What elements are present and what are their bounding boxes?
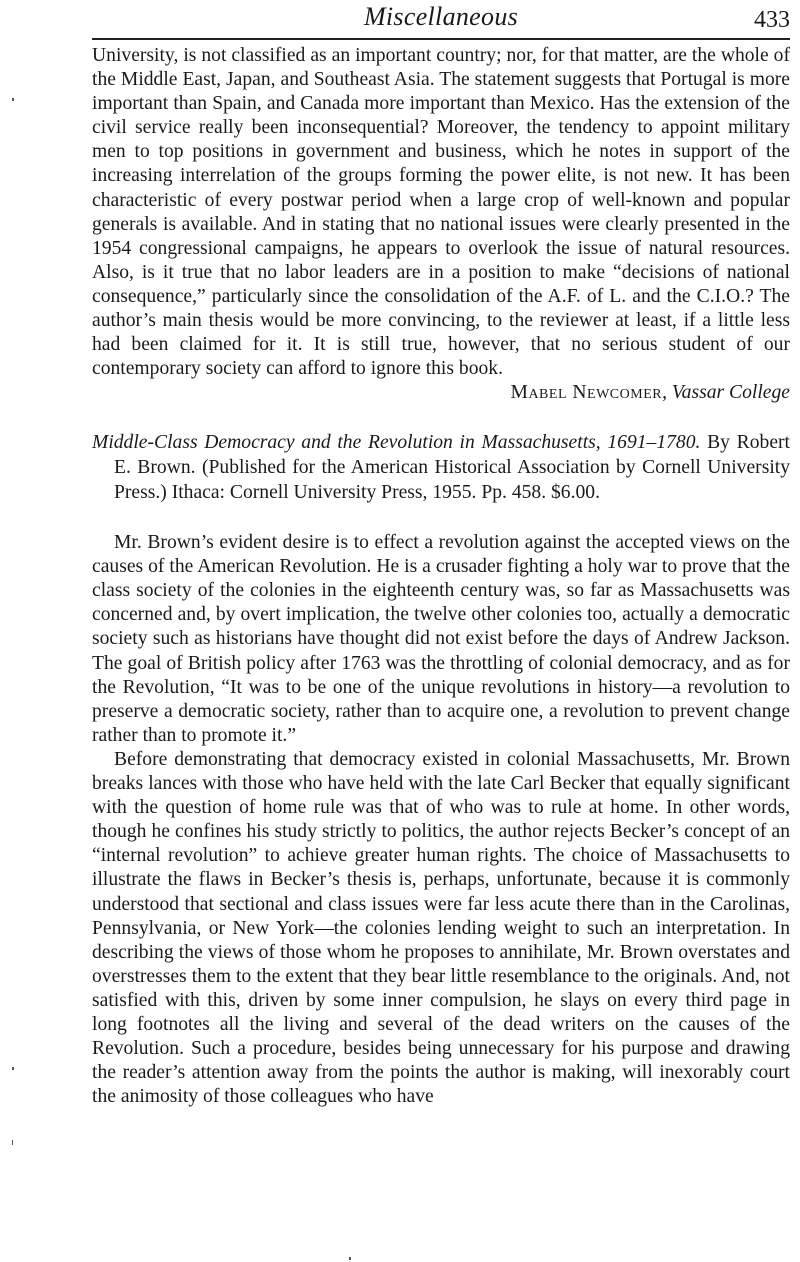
scan-speck [349, 1257, 351, 1260]
continued-review: University, is not classified as an impo… [92, 44, 790, 405]
reviewer-institution: Vassar College [672, 382, 790, 403]
reviewer-signature: Mabel Newcomer, Vassar College [92, 381, 790, 405]
running-title: Miscellaneous [92, 0, 790, 34]
book-title: Middle-Class Democracy and the Revolutio… [92, 432, 700, 453]
continued-review-text: University, is not classified as an impo… [92, 44, 790, 381]
header-rule [92, 38, 790, 40]
page-header: Miscellaneous 433 [92, 0, 790, 38]
review-paragraph: Mr. Brown’s evident desire is to effect … [92, 531, 790, 748]
journal-page: Miscellaneous 433 University, is not cla… [92, 0, 790, 1109]
reviewer-name: Mabel Newcomer [511, 382, 663, 403]
scan-speck [12, 98, 14, 101]
scan-speck [12, 1067, 14, 1070]
book-citation: Middle-Class Democracy and the Revolutio… [92, 431, 790, 505]
scan-speck [12, 1140, 13, 1145]
review-paragraph: Before demonstrating that democracy exis… [92, 748, 790, 1109]
signature-separator: , [662, 382, 672, 403]
page-number: 433 [754, 4, 790, 36]
book-review: Mr. Brown’s evident desire is to effect … [92, 531, 790, 1109]
